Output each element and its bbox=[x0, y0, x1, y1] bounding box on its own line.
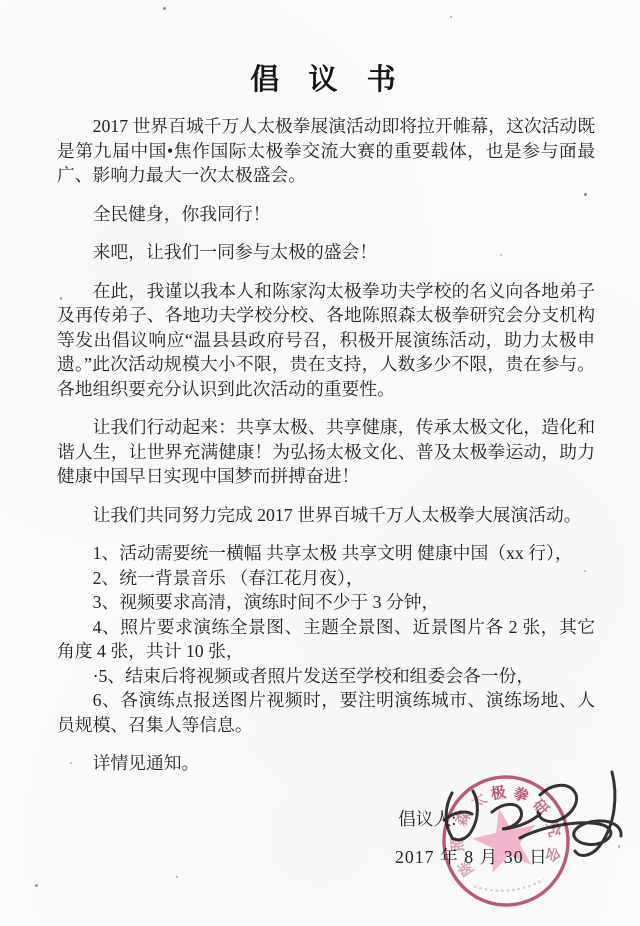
paragraph-intro: 2017 世界百城千万人太极拳展演活动即将拉开帷幕，这次活动既是第九届中国•焦作… bbox=[57, 114, 595, 188]
requirements-list: 1、活动需要统一横幅 共享太极 共享文明 健康中国（xx 行）， 2、统一背景音… bbox=[57, 541, 595, 737]
scan-speckle bbox=[450, 16, 452, 18]
scan-speckle bbox=[500, 254, 502, 256]
scanned-document-page: 倡 议 书 2017 世界百城千万人太极拳展演活动即将拉开帷幕，这次活动既是第九… bbox=[0, 0, 640, 926]
list-item-5: ·5、结束后将视频或者照片发送至学校和组委会各一份， bbox=[57, 664, 595, 689]
scan-speckle bbox=[146, 622, 148, 624]
list-item-3: 3、视频要求高清，演练时间不少于 3 分钟， bbox=[57, 590, 595, 615]
scan-speckle bbox=[70, 762, 72, 764]
paragraph-slogan-2: 来吧，让我们一同参与太极的盛会！ bbox=[57, 240, 595, 265]
paragraph-call-to-action: 让我们行动起来：共享太极、共享健康，传承太极文化，造化和谐人生，让世界充满健康！… bbox=[57, 415, 595, 489]
seal-ring-char: 拳 bbox=[511, 784, 531, 806]
list-item-1: 1、活动需要统一横幅 共享太极 共享文明 健康中国（xx 行）， bbox=[57, 541, 595, 566]
paragraph-goal: 让我们共同努力完成 2017 世界百城千万人太极拳大展演活动。 bbox=[57, 503, 595, 528]
scan-speckle bbox=[163, 7, 166, 10]
scan-speckle bbox=[584, 570, 586, 572]
document-body: 倡 议 书 2017 世界百城千万人太极拳展演活动即将拉开帷幕，这次活动既是第九… bbox=[0, 0, 640, 776]
scan-speckle bbox=[35, 884, 38, 887]
list-item-2: 2、统一背景音乐 （春江花月夜）， bbox=[57, 566, 595, 591]
page-title: 倡 议 书 bbox=[57, 60, 595, 100]
date-line: 2017 年 8 月 30 日 bbox=[395, 844, 548, 869]
paragraph-proposal: 在此，我谨以我本人和陈家沟太极拳功夫学校的名义向各地弟子及再传弟子、各地功夫学校… bbox=[57, 279, 595, 402]
seal-ring-char: 太 bbox=[468, 790, 490, 812]
scan-speckle bbox=[570, 147, 573, 150]
list-item-4: 4、照片要求演练全景图、主题全景图、近景图片各 2 张，其它角度 4 张，共计 … bbox=[57, 615, 595, 664]
scan-speckle bbox=[176, 876, 178, 878]
paragraph-slogan-1: 全民健身，你我同行！ bbox=[57, 202, 595, 227]
seal-ring-char: 极 bbox=[489, 783, 508, 803]
scan-speckle bbox=[60, 297, 62, 300]
scan-speckle bbox=[584, 193, 587, 196]
list-item-6: 6、各演练点报送图片视频时，要注明演练城市、演练场地、人员规模、召集人等信息。 bbox=[57, 688, 595, 737]
proposer-label: 倡议人: bbox=[398, 806, 456, 831]
seal-bottom-arc bbox=[474, 879, 544, 892]
